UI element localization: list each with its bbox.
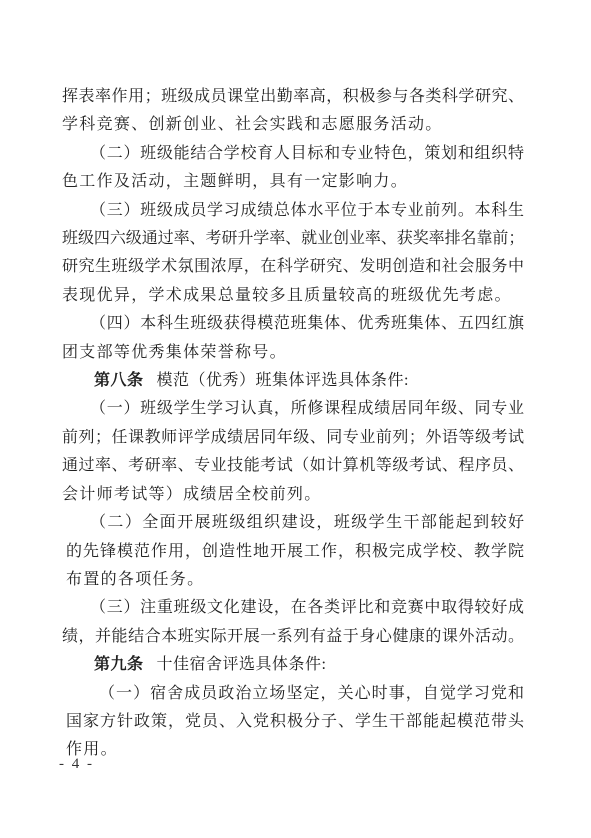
text-line: 表现优异，学术成果总量较多且质量较高的班级优先考虑。 [62,282,524,310]
text-line: （四）本科生班级获得模范班集体、优秀班集体、五四红旗 [62,310,524,338]
article-eight-heading: 第八条模范（优秀）班集体评选具体条件: [62,367,524,395]
article-heading-text: 模范（优秀）班集体评选具体条件: [157,372,409,389]
text-line: 绩，并能结合本班实际开展一系列有益于身心健康的课外活动。 [62,623,524,651]
text-line: 团支部等优秀集体荣誉称号。 [62,339,524,367]
text-line: 的先锋模范作用，创造性地开展工作，积极完成学校、教学院 [62,538,524,566]
article-nine-heading: 第九条十佳宿舍评选具体条件: [62,651,524,679]
text-line: （二）全面开展班级组织建设，班级学生干部能起到较好 [62,509,524,537]
text-line: 布置的各项任务。 [62,566,524,594]
text-line: 挥表率作用；班级成员课堂出勤率高，积极参与各类科学研究、 [62,83,524,111]
text-line: 会计师考试等）成绩居全校前列。 [62,481,524,509]
text-line: （二）班级能结合学校育人目标和专业特色，策划和组织特 [62,140,524,168]
text-line: （三）班级成员学习成绩总体水平位于本专业前列。本科生 [62,197,524,225]
document-page: 挥表率作用；班级成员课堂出勤率高，积极参与各类科学研究、 学科竞赛、创新创业、社… [0,0,591,838]
text-line: 班级四六级通过率、考研升学率、就业创业率、获奖率排名靠前； [62,225,524,253]
text-line: 通过率、考研率、专业技能考试（如计算机等级考试、程序员、 [62,452,524,480]
text-line: （一）宿舍成员政治立场坚定，关心时事，自觉学习党和 [62,680,524,708]
text-line: 国家方针政策，党员、入党积极分子、学生干部能起模范带头 [62,708,524,736]
article-number-bold: 第八条 [94,372,144,389]
text-line: （一）班级学生学习认真，所修课程成绩居同年级、同专业 [62,395,524,423]
text-line: 作用。 [62,736,524,764]
document-body: 挥表率作用；班级成员课堂出勤率高，积极参与各类科学研究、 学科竞赛、创新创业、社… [62,83,524,765]
text-line: （三）注重班级文化建设，在各类评比和竞赛中取得较好成 [62,594,524,622]
article-number-bold: 第九条 [94,656,144,673]
text-line: 研究生班级学术氛围浓厚，在科学研究、发明创造和社会服务中 [62,253,524,281]
article-heading-text: 十佳宿舍评选具体条件: [157,656,327,673]
text-line: 前列；任课教师评学成绩居同年级、同专业前列；外语等级考试 [62,424,524,452]
page-number: - 4 - [59,756,93,773]
text-line: 色工作及活动，主题鲜明，具有一定影响力。 [62,168,524,196]
text-line: 学科竞赛、创新创业、社会实践和志愿服务活动。 [62,111,524,139]
